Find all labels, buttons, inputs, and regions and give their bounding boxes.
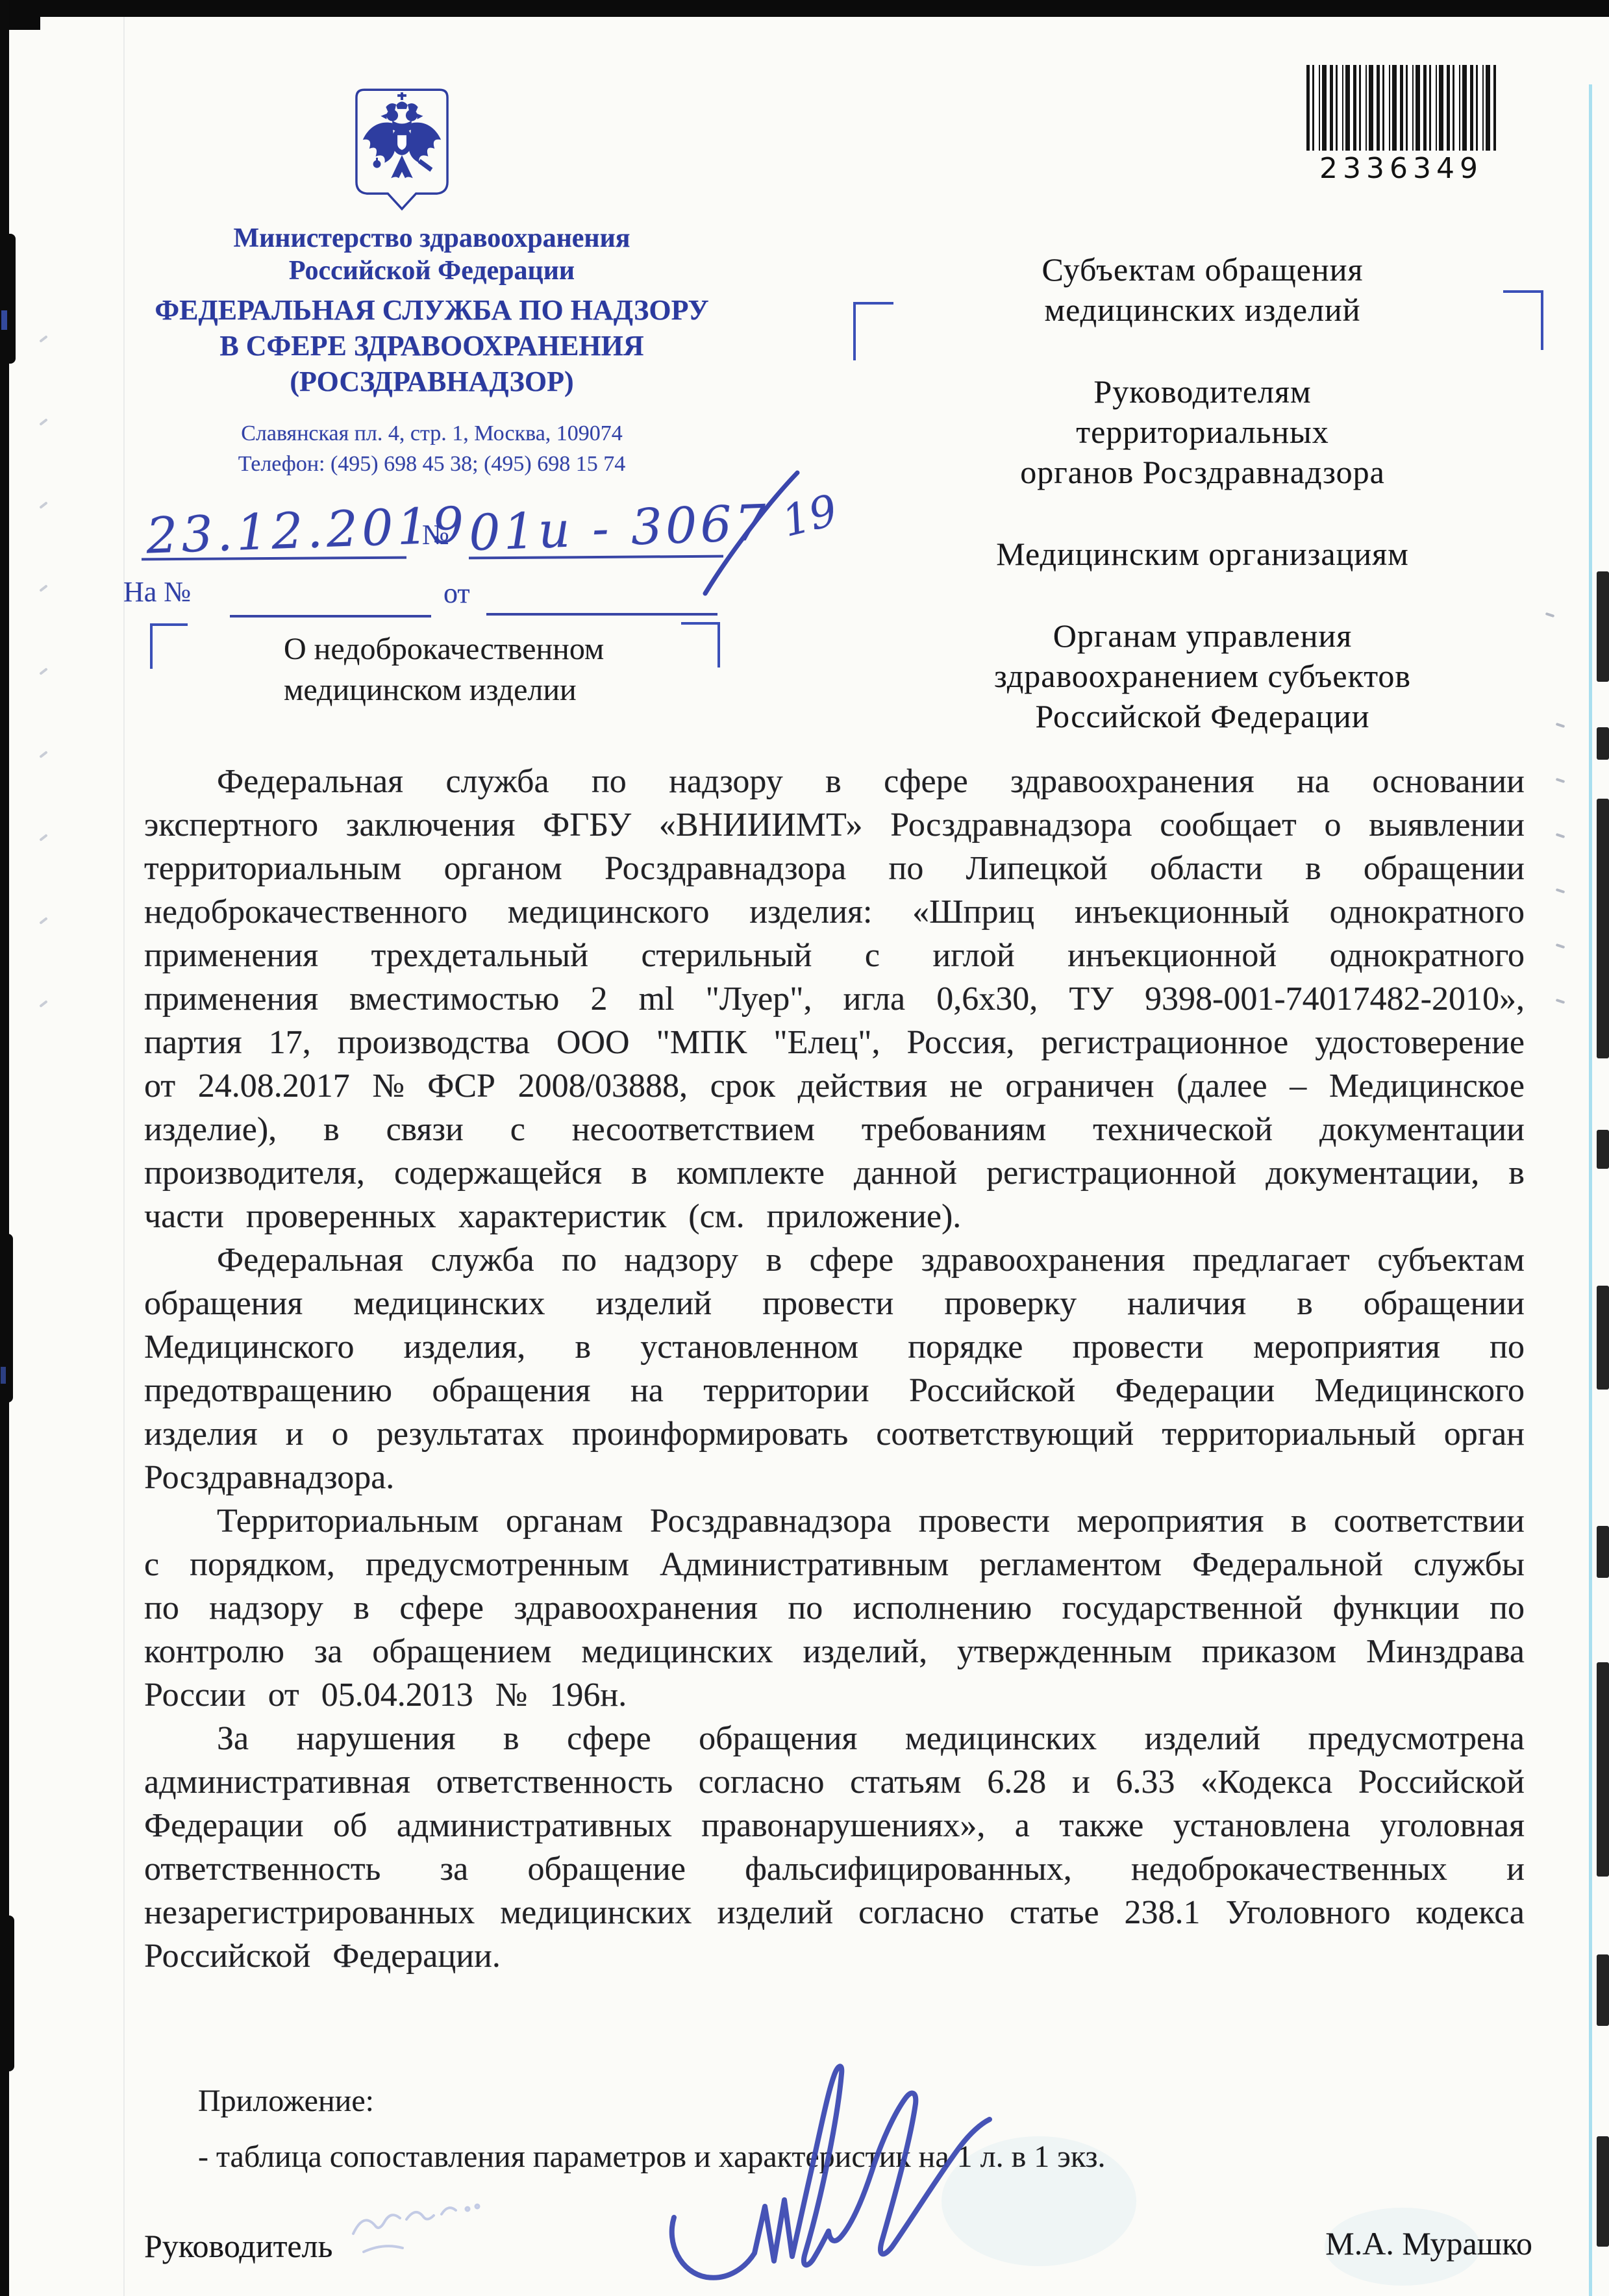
scan-speck — [1, 1367, 6, 1384]
recipient-group: Медицинским организациям — [878, 534, 1527, 574]
letter-body: Федеральная служба по надзору в сфере зд… — [144, 760, 1525, 1978]
sender-address: Славянская пл. 4, стр. 1, Москва, 109074… — [97, 418, 766, 479]
scan-edge-blob — [1597, 1526, 1609, 1578]
scan-edge-top — [0, 0, 1609, 17]
subject-line: О недоброкачественном — [284, 629, 604, 669]
address-line: Славянская пл. 4, стр. 1, Москва, 109074 — [97, 418, 766, 449]
scan-edge-blob — [1597, 2136, 1609, 2247]
scan-mark — [1556, 943, 1565, 949]
scan-speck — [1, 310, 7, 330]
letter-subject: О недоброкачественном медицинском издели… — [284, 629, 604, 710]
attachment-label: Приложение: — [198, 2083, 374, 2119]
scan-edge-blob — [1597, 1130, 1609, 1169]
barcode-number: 2336349 — [1306, 152, 1496, 185]
scan-mark — [1556, 888, 1565, 893]
recipient-line: медицинских изделий — [878, 290, 1527, 330]
reply-date-underline — [486, 613, 717, 616]
ministry-name-line: Российской Федерации — [97, 255, 766, 287]
body-paragraph: Федеральная служба по надзору в сфере зд… — [144, 760, 1525, 1238]
scan-mark — [39, 917, 47, 925]
faint-pencil-note — [344, 2182, 513, 2266]
recipient-group: Руководителям территориальных органов Ро… — [878, 371, 1527, 492]
scan-edge-left-bump — [0, 234, 16, 364]
recipients-block: Субъектам обращения медицинских изделий … — [878, 249, 1527, 778]
scan-mark — [39, 584, 47, 592]
service-name-line: (РОСЗДРАВНАДЗОР) — [97, 364, 766, 399]
scan-mark — [1556, 723, 1565, 728]
recipient-line: органов Росздравнадзора — [878, 452, 1527, 492]
number-sign: № — [422, 518, 449, 551]
scan-edge-blob — [1597, 727, 1609, 760]
scan-mark — [39, 1000, 47, 1008]
recipient-line: Органам управления — [878, 616, 1527, 656]
recipient-line: Российской Федерации — [878, 696, 1527, 736]
recipient-group: Органам управления здравоохранением субъ… — [878, 616, 1527, 736]
scanned-letter-page: Министерство здравоохранения Российской … — [0, 0, 1609, 2296]
scan-mark — [1556, 778, 1565, 783]
recipient-line: Медицинским организациям — [878, 534, 1527, 574]
service-name-line: В СФЕРЕ ЗДРАВООХРАНЕНИЯ — [97, 328, 766, 364]
barcode-icon — [1306, 65, 1496, 151]
recipient-line: Субъектам обращения — [878, 249, 1527, 290]
ministry-name-line: Министерство здравоохранения — [97, 222, 766, 255]
scan-edge-left-bump — [0, 1915, 14, 2071]
scan-mark — [1556, 999, 1565, 1004]
address-line: Телефон: (495) 698 45 38; (495) 698 15 7… — [97, 449, 766, 479]
reply-to-label: На № — [123, 575, 191, 608]
recipient-line: территориальных — [878, 412, 1527, 452]
signature-ink — [649, 2032, 1013, 2292]
signer-position: Руководитель — [144, 2227, 332, 2265]
reply-number-underline — [230, 615, 431, 618]
reply-from-label: от — [443, 577, 470, 610]
scan-mark — [39, 335, 47, 343]
subject-corner-bracket-left — [150, 623, 188, 669]
handwritten-date: 23.12.2019 — [145, 495, 469, 564]
scan-mark — [39, 834, 47, 842]
recipient-group: Субъектам обращения медицинских изделий — [878, 249, 1527, 330]
body-paragraph: Территориальным органам Росздравнадзора … — [144, 1499, 1525, 1717]
sender-header: Министерство здравоохранения Российской … — [97, 222, 766, 399]
service-name-line: ФЕДЕРАЛЬНАЯ СЛУЖБА ПО НАДЗОРУ — [97, 292, 766, 328]
scan-edge-blob — [1597, 1954, 1609, 2026]
scan-edge-right-cyan — [1589, 84, 1592, 2296]
handwritten-slash — [688, 466, 818, 603]
barcode-block: 2336349 — [1306, 65, 1496, 185]
russian-coat-of-arms-icon — [354, 86, 450, 214]
scan-edge-blob — [1597, 1662, 1609, 1877]
body-paragraph: За нарушения в сфере обращения медицинск… — [144, 1717, 1525, 1978]
signer-name: М.А. Мурашко — [1286, 2225, 1532, 2262]
subject-line: медицинском изделии — [284, 669, 604, 710]
recipient-line: Руководителям — [878, 371, 1527, 412]
scan-mark — [1556, 833, 1565, 838]
scan-edge-blob — [1597, 799, 1609, 1058]
scan-mark — [1545, 612, 1555, 618]
scan-edge-blob — [1597, 571, 1609, 682]
body-paragraph: Федеральная служба по надзору в сфере зд… — [144, 1238, 1525, 1499]
scan-mark — [39, 501, 47, 509]
scan-edge-blob — [1597, 1286, 1609, 1390]
scan-mark — [39, 668, 47, 675]
subject-corner-bracket-right — [681, 622, 720, 668]
recipient-line: здравоохранением субъектов — [878, 656, 1527, 696]
scan-mark — [39, 418, 47, 426]
scan-mark — [39, 751, 47, 758]
